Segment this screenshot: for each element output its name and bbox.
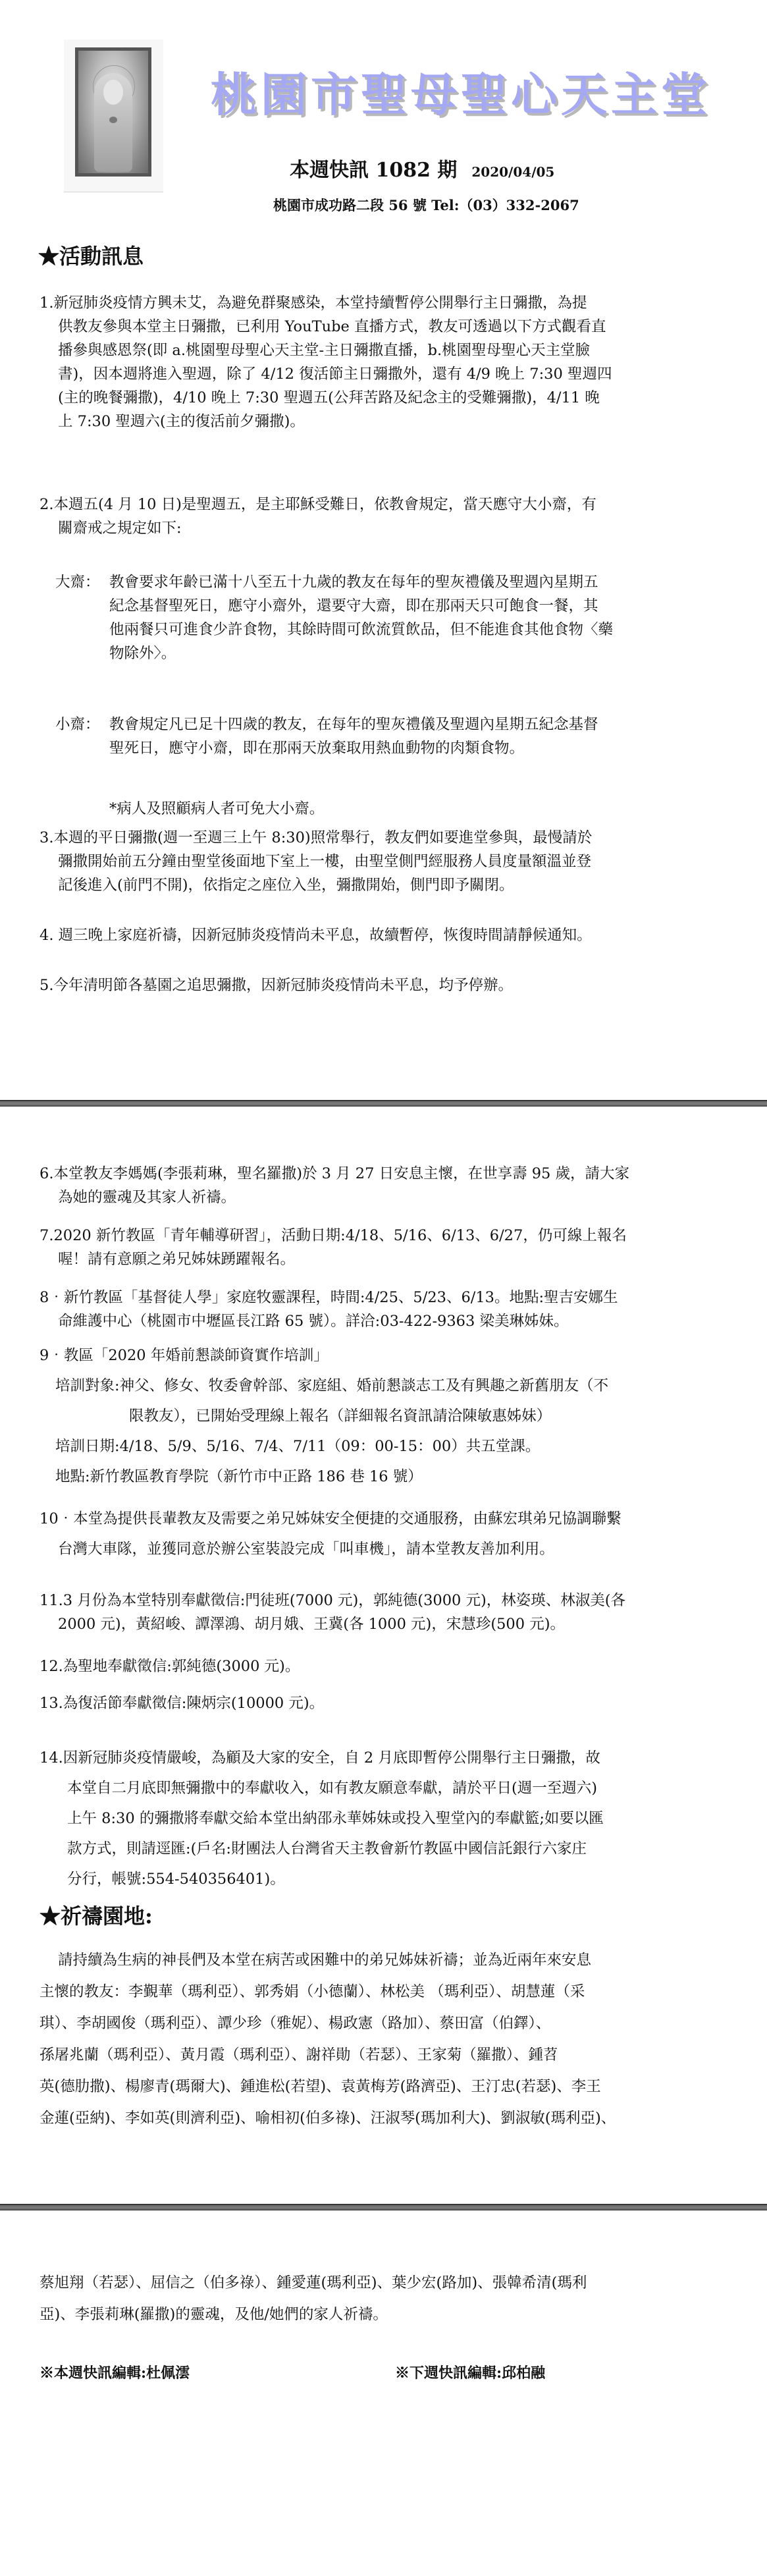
notice-line: 1.新冠肺炎疫情方興未艾，為避免群聚感染，本堂持續暫停公開舉行主日彌撒，為提 (40, 291, 612, 315)
notice-line: 聖死日，應守小齋，即在那兩天放棄取用熱血動物的肉類食物。 (109, 736, 598, 760)
virgin-mary-portrait-image (75, 47, 151, 177)
notice-line: 教會規定凡已足十四歲的教友，在每年的聖灰禮儀及聖週內星期五紀念基督 (109, 713, 598, 736)
prayer-line: 英(德肋撒)、楊廖青(瑪爾大)、鍾進松(若望)、袁黃梅芳(路濟亞)、王汀忠(若瑟… (40, 2071, 616, 2102)
notice-item-9: 9‧教區「2020 年婚前懇談師資實作培訓」 培訓對象:神父、修女、牧委會幹部、… (40, 1344, 608, 1489)
notice-item-4: 4. 週三晚上家庭祈禱，因新冠肺炎疫情尚未平息，故續暫停，恢復時間請靜候通知。 (40, 923, 592, 947)
church-address: 桃園市成功路二段 56 號 Tel:（03）332-2067 (273, 195, 579, 215)
notice-line: 供教友參與本堂主日彌撒，已利用 YouTube 直播方式，教友可透過以下方式觀看… (40, 315, 612, 339)
church-name-title: 桃園市聖母聖心天主堂 (211, 58, 711, 124)
notice-line: (主的晚餐彌撒)，4/10 晚上 7:30 聖週五(公拜苦路及紀念主的受難彌撒)… (40, 386, 612, 410)
notice-item-10: 10‧本堂為提供長輩教友及需要之弟兄姊妹安全便捷的交通服務，由蘇宏琪弟兄協調聯繫… (40, 1507, 622, 1561)
issue-label: 本週快訊 1082 期 (290, 159, 457, 182)
training-target: 培訓對象:神父、修女、牧委會幹部、家庭組、婚前懇談志工及有興趣之新舊朋友（不 (40, 1374, 608, 1398)
notice-line: 3.本週的平日彌撒(週一至週三上午 8:30)照常舉行，教友們如要進堂參與，最慢… (40, 826, 592, 850)
notice-line: 2.本週五(4 月 10 日)是聖週五，是主耶穌受難日，依教會規定，當天應守大小… (40, 493, 596, 516)
page-separator (0, 2204, 767, 2210)
issue-heading: 本週快訊 1082 期2020/04/05 (290, 153, 554, 182)
big-fast-label: 大齋： (55, 570, 109, 665)
prayer-list-continued: 蔡旭翔（若瑟）、屈信之（伯多祿）、鍾愛蓮(瑪利亞)、葉少宏(路加)、張韓希清(瑪… (40, 2267, 587, 2330)
sacred-heart-icon (109, 117, 117, 123)
notice-line: 他兩餐只可進食少許食物，其餘時間可飲流質飲品，但不能進食其他食物〈藥 (109, 618, 613, 642)
notice-item-12: 12.為聖地奉獻徵信:郭純德(3000 元)。 (40, 1655, 300, 1678)
notice-item-8: 8‧新竹教區「基督徒人學」家庭牧靈課程，時間:4/25、5/23、6/13。地點… (40, 1286, 618, 1333)
notice-line: 記後進入(前門不開)，依指定之座位入坐，彌撒開始，側門即予關閉。 (40, 873, 592, 897)
notice-line: 書)，因本週將進入聖週，除了 4/12 復活節主日彌撒外，還有 4/9 晚上 7… (40, 362, 612, 386)
training-target-cont: 限教友），已開始受理線上報名（詳細報名資訊請洽陳敏惠姊妹） (40, 1404, 608, 1428)
notice-item-6: 6.本堂教友李媽媽(李張莉琳，聖名羅撒)於 3 月 27 日安息主懷，在世享壽 … (40, 1162, 629, 1209)
prayer-line: 主懷的教友：李覲華（瑪利亞）、郭秀娟（小德蘭）、林松美 （瑪利亞）、胡慧蓮（采 (40, 1976, 616, 2008)
notice-line: 物除外〉。 (109, 642, 613, 665)
portrait-card (64, 40, 163, 192)
notice-title: 9‧教區「2020 年婚前懇談師資實作培訓」 (40, 1344, 608, 1367)
notice-line: 為她的靈魂及其家人祈禱。 (40, 1186, 629, 1209)
prayer-line: 蔡旭翔（若瑟）、屈信之（伯多祿）、鍾愛蓮(瑪利亞)、葉少宏(路加)、張韓希清(瑪… (40, 2267, 587, 2299)
notice-line: 上 7:30 聖週六(主的復活前夕彌撒)。 (40, 410, 612, 433)
training-location: 地點:新竹教區教育學院（新竹市中正路 186 巷 16 號） (40, 1465, 608, 1489)
small-fast-label: 小齋： (55, 713, 109, 760)
fasting-exemption-note: *病人及照顧病人者可免大小齋。 (109, 797, 324, 821)
notice-line: 11.3 月份為本堂特別奉獻徵信:門徒班(7000 元)，郭純德(3000 元)… (40, 1589, 625, 1612)
notice-line: 喔！請有意願之弟兄姊妹踴躍報名。 (40, 1247, 627, 1271)
prayer-line: 琪）、李胡國俊（瑪利亞）、譚少珍（雅妮）、楊政憲（路加）、蔡田富（伯鐸）、 (40, 2008, 616, 2039)
notice-line: 教會要求年齡已滿十八至五十九歲的教友在每年的聖灰禮儀及聖週內星期五 (109, 570, 613, 594)
prayer-list: 請持續為生病的神長們及本堂在病苦或困難中的弟兄姊妹祈禱；並為近兩年來安息 主懷的… (40, 1944, 616, 2134)
notice-item-1: 1.新冠肺炎疫情方興未艾，為避免群聚感染，本堂持續暫停公開舉行主日彌撒，為提 供… (40, 291, 612, 433)
notice-line: 彌撒開始前五分鐘由聖堂後面地下室上一樓，由聖堂側門經服務人員度量額溫並登 (40, 850, 592, 873)
notice-line: 播參與感恩祭(即 a.桃園聖母聖心天主堂-主日彌撒直播，b.桃園聖母聖心天主堂臉 (40, 339, 612, 362)
notice-item-2: 2.本週五(4 月 10 日)是聖週五，是主耶穌受難日，依教會規定，當天應守大小… (40, 493, 596, 540)
this-week-editor: ※本週快訊編輯:杜佩澐 (40, 2362, 190, 2382)
notice-line: 分行，帳號:554-540356401)。 (40, 1864, 604, 1894)
notice-item-3: 3.本週的平日彌撒(週一至週三上午 8:30)照常舉行，教友們如要進堂參與，最慢… (40, 826, 592, 897)
notice-line: 2000 元)，黃紹峻、譚澤鴻、胡月娥、王冀(各 1000 元)，宋慧珍(500… (40, 1612, 625, 1636)
notice-line: 款方式，則請逕匯:(戶名:財團法人台灣省天主教會新竹教區中國信託銀行六家庄 (40, 1834, 604, 1864)
prayer-heading: ★祈禱園地: (40, 1900, 153, 1930)
notice-line: 8‧新竹教區「基督徒人學」家庭牧靈課程，時間:4/25、5/23、6/13。地點… (40, 1286, 618, 1309)
training-dates: 培訓日期:4/18、5/9、5/16、7/4、7/11（09：00-15：00）… (40, 1435, 608, 1458)
prayer-line: 金蓮(亞納)、李如英(則濟利亞)、喻相初(伯多祿)、汪淑琴(瑪加利大)、劉淑敏(… (40, 2102, 616, 2134)
issue-date: 2020/04/05 (471, 164, 554, 180)
prayer-line: 亞)、李張莉琳(羅撒)的靈魂，及他/她們的家人祈禱。 (40, 2299, 587, 2330)
notice-line: 台灣大車隊，並獲同意於辦公室裝設完成「叫車機」，請本堂教友善加利用。 (40, 1537, 622, 1561)
next-week-editor: ※下週快訊編輯:邱柏融 (395, 2362, 545, 2382)
notice-line: 命維護中心（桃園市中壢區長江路 65 號）。詳洽:03-422-9363 梁美琳… (40, 1309, 618, 1333)
small-fast-block: 小齋： 教會規定凡已足十四歲的教友，在每年的聖灰禮儀及聖週內星期五紀念基督 聖死… (55, 713, 740, 760)
notice-item-5: 5.今年清明節各墓園之追思彌撒，因新冠肺炎疫情尚未平息，均予停辦。 (40, 973, 513, 997)
notice-line: 7.2020 新竹教區「青年輔導研習」，活動日期:4/18、5/16、6/13、… (40, 1224, 627, 1247)
notice-line: 上午 8:30 的彌撒將奉獻交給本堂出納邵永華姊妹或投入聖堂內的奉獻籃;如要以匯 (40, 1803, 604, 1834)
notice-line: 本堂自二月底即無彌撒中的奉獻收入，如有教友願意奉獻，請於平日(週一至週六) (40, 1773, 604, 1803)
activities-heading: ★活動訊息 (38, 240, 144, 270)
prayer-line: 孫屠兆蘭（瑪利亞）、黃月霞（瑪利亞）、謝祥勛（若瑟）、王家菊（羅撒）、鍾苕 (40, 2039, 616, 2071)
prayer-line: 請持續為生病的神長們及本堂在病苦或困難中的弟兄姊妹祈禱；並為近兩年來安息 (40, 1944, 616, 1976)
notice-line: 10‧本堂為提供長輩教友及需要之弟兄姊妹安全便捷的交通服務，由蘇宏琪弟兄協調聯繫 (40, 1507, 622, 1531)
notice-item-14: 14.因新冠肺炎疫情嚴峻，為顧及大家的安全，自 2 月底即暫停公開舉行主日彌撒，… (40, 1743, 604, 1894)
notice-item-7: 7.2020 新竹教區「青年輔導研習」，活動日期:4/18、5/16、6/13、… (40, 1224, 627, 1271)
page-separator (0, 1100, 767, 1107)
notice-item-11: 11.3 月份為本堂特別奉獻徵信:門徒班(7000 元)，郭純德(3000 元)… (40, 1589, 625, 1636)
face-shape (103, 80, 123, 105)
notice-item-13: 13.為復活節奉獻徵信:陳炳宗(10000 元)。 (40, 1691, 324, 1715)
notice-line: 14.因新冠肺炎疫情嚴峻，為顧及大家的安全，自 2 月底即暫停公開舉行主日彌撒，… (40, 1743, 604, 1773)
notice-line: 紀念基督聖死日，應守小齋外，還要守大齋，即在那兩天只可飽食一餐，其 (109, 594, 613, 618)
notice-line: 6.本堂教友李媽媽(李張莉琳，聖名羅撒)於 3 月 27 日安息主懷，在世享壽 … (40, 1162, 629, 1186)
big-fast-block: 大齋： 教會要求年齡已滿十八至五十九歲的教友在每年的聖灰禮儀及聖週內星期五 紀念… (55, 570, 740, 665)
notice-line: 關齋戒之規定如下: (40, 516, 596, 540)
